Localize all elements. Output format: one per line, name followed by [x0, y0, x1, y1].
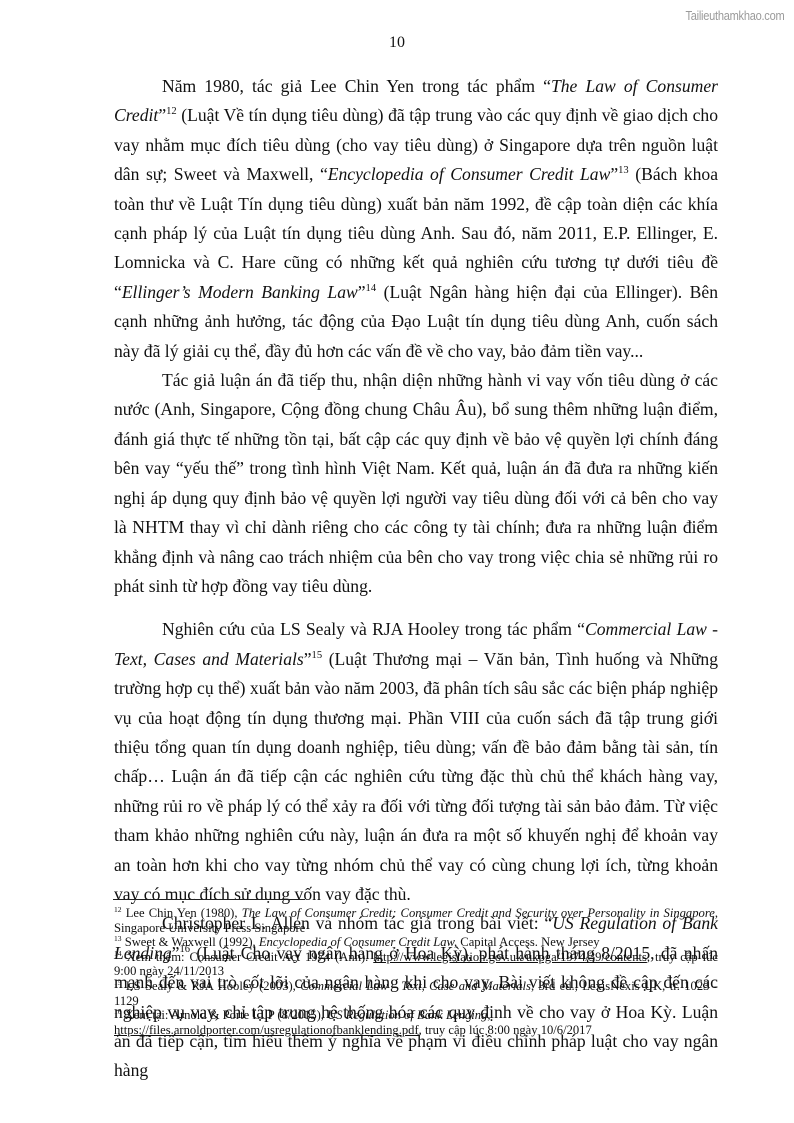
paragraph-3: Nghiên cứu của LS Sealy và RJA Hooley tr… — [114, 615, 718, 909]
text-run: Lee Chin Yen (1980), — [122, 906, 242, 920]
footnote-15: 15 LS Sealy & RJA Hooley (2003), Commerc… — [114, 979, 718, 1008]
work-title: Commercial Law - Text, Case and Material… — [300, 979, 531, 993]
footnote-ref: 14 — [366, 283, 377, 294]
text-run: Xem thêm: Consumer Credit Act 1974 (Anh)… — [122, 950, 374, 964]
text-run: Capital Access. New Jersey — [457, 935, 599, 949]
text-run: (Luật Thương mại – Văn bản, Tình huống v… — [114, 649, 718, 904]
text-run: , truy cập lúc 8:00 ngày 10/6/2017 — [419, 1023, 592, 1037]
legislation-link[interactable]: http://www.legislation.gov.uk/ukpga/1974… — [373, 950, 647, 964]
text-run: ” — [610, 164, 618, 184]
footnote-number: 12 — [114, 905, 122, 914]
footnote-separator — [113, 899, 305, 900]
watermark: Tailieuthamkhao.com — [685, 8, 784, 23]
footnotes: 12 Lee Chin Yen (1980), The Law of Consu… — [114, 906, 718, 1037]
footnote-13: 13 Sweet & Waxwell (1992), Encyclopedia … — [114, 935, 718, 950]
arnoldporter-link[interactable]: https://files.arnoldporter.com/usregulat… — [114, 1023, 419, 1037]
page-number: 10 — [0, 34, 794, 52]
text-run: Xem tại: Arnold & Porte LLP (8/2015), — [122, 1008, 328, 1022]
footnote-14: 14 Xem thêm: Consumer Credit Act 1974 (A… — [114, 950, 718, 979]
footnote-ref: 15 — [312, 650, 323, 661]
work-title: US Regulation of Bank Lending — [327, 1008, 487, 1022]
paragraph-1: Năm 1980, tác giả Lee Chin Yen trong tác… — [114, 72, 718, 366]
work-title: Ellinger’s Modern Banking Law — [122, 282, 358, 302]
text-run: Nghiên cứu của LS Sealy và RJA Hooley tr… — [162, 619, 585, 639]
text-run: ” — [304, 649, 312, 669]
text-run: , — [487, 1008, 490, 1022]
footnote-ref: 13 — [618, 165, 629, 176]
text-run: Năm 1980, tác giả Lee Chin Yen trong tác… — [162, 76, 551, 96]
footnote-12: 12 Lee Chin Yen (1980), The Law of Consu… — [114, 906, 718, 935]
footnote-number: 13 — [114, 934, 122, 943]
work-title: Encyclopedia of Consumer Credit Law, — [259, 935, 457, 949]
footnote-ref: 12 — [166, 107, 177, 118]
work-title: The Law of Consumer Credit: Consumer Cre… — [242, 906, 715, 920]
footnote-number: 15 — [114, 978, 122, 987]
work-title: Encyclopedia of Consumer Credit Law — [328, 164, 611, 184]
text-run: ” — [158, 105, 166, 125]
text-run: Sweet & Waxwell (1992), — [122, 935, 259, 949]
paragraph-2: Tác giả luận án đã tiếp thu, nhận diện n… — [114, 366, 718, 601]
footnote-16: 16 Xem tại: Arnold & Porte LLP (8/2015),… — [114, 1008, 718, 1037]
text-run: ” — [358, 282, 366, 302]
footnote-number: 14 — [114, 949, 122, 958]
footnote-number: 16 — [114, 1007, 122, 1016]
text-run: LS Sealy & RJA Hooley (2003), — [122, 979, 301, 993]
